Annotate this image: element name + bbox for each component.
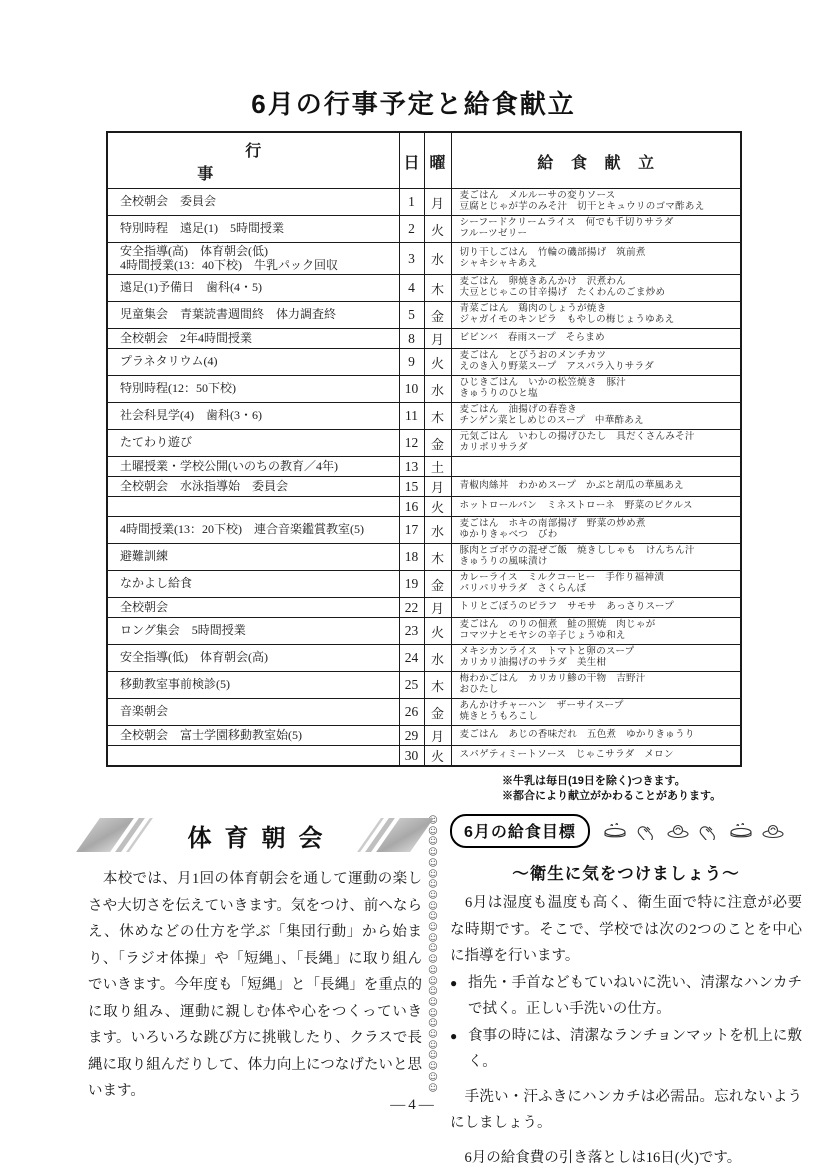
weekday-cell: 金 [424,699,451,726]
event-line: 音楽朝会 [120,705,395,719]
event-cell: 全校朝会 富士学園移動教室始(5) [107,726,399,746]
menu-line: ゆかりきゃべつ びわ [460,530,739,541]
lunch-goal-article: 6月の給食目標 ～衛生に気をつけましょう～ 6月は湿度も温度も高く、衛生面で特に… [444,814,802,1169]
menu-line: きゅうりの風味漬け [460,557,739,568]
roll-icon [635,822,659,840]
event-cell: 特別時程 遠足(1) 5時間授業 [107,216,399,243]
menu-cell: 元気ごはん いわしの揚げひたし 具だくさんみそ汁カリポリサラダ [451,430,741,457]
menu-line: 切り干しごはん 竹輪の磯部揚げ 筑前煮 [460,248,739,259]
menu-line: えのき入り野菜スープ アスパラ入りサラダ [460,362,739,373]
menu-line: ホットロールパン ミネストローネ 野菜のピクルス [460,501,739,512]
event-line: ロング集会 5時間授業 [120,624,395,638]
day-cell: 3 [399,243,424,275]
weekday-cell: 水 [424,645,451,672]
bullet-icon: ● [450,970,468,1023]
event-line: 4時間授業(13：40下校) 牛乳パック回収 [120,259,395,273]
lunch-goal-badge: 6月の給食目標 [450,814,590,848]
menu-line: シャキシャキあえ [460,259,739,270]
lunch-goal-subtitle: ～衛生に気をつけましょう～ [450,860,802,884]
event-cell: 遠足(1)予備日 歯科(4・5) [107,275,399,302]
menu-line: パリパリサラダ さくらんぼ [460,584,739,595]
weekday-cell: 木 [424,672,451,699]
menu-line: スパゲティミートソース じゃこサラダ メロン [460,750,739,761]
schedule-row: 全校朝会 2年4時間授業8月ビビンバ 春雨スープ そらまめ [107,329,741,349]
weekday-cell: 木 [424,403,451,430]
weekday-cell: 火 [424,746,451,767]
event-line: 安全指導(低) 体育朝会(高) [120,651,395,665]
weekday-cell: 木 [424,544,451,571]
event-cell: たてわり遊び [107,430,399,457]
event-cell: 土曜授業・学校公開(いのちの教育／4年) [107,457,399,477]
event-line: なかよし給食 [120,577,395,591]
menu-cell: 麦ごはん 油揚げの春巻きチンゲン菜としめじのスープ 中華酢あえ [451,403,741,430]
bullet-text: 食事の時には、清潔なランチョンマットを机上に敷く。 [468,1023,802,1076]
menu-line: ジャガイモのキンピラ もやしの梅じょうゆあえ [460,315,739,326]
schedule-row: 避難訓練18木豚肉とゴボウの混ぜご飯 焼きししゃも けんちん汁きゅうりの風味漬け [107,544,741,571]
day-cell: 5 [399,302,424,329]
menu-line: コマツナとモヤシの辛子じょうゆ和え [460,631,739,642]
menu-cell: メキシカンライス トマトと卵のスープカリカリ油揚げのサラダ 美生柑 [451,645,741,672]
weekday-cell: 木 [424,275,451,302]
menu-line: 梅わかごはん カリカリ鯵の干物 吉野汁 [460,674,739,685]
schedule-row: 移動教室事前検診(5)25木梅わかごはん カリカリ鯵の干物 吉野汁おひたし [107,672,741,699]
event-cell: プラネタリウム(4) [107,349,399,376]
menu-line: 大豆とじゃこの甘辛揚げ たくわんのごま炒め [460,288,739,299]
event-line: 全校朝会 委員会 [120,195,395,209]
menu-cell: 麦ごはん 卵焼きあんかけ 沢煮わん大豆とじゃこの甘辛揚げ たくわんのごま炒め [451,275,741,302]
bun-icon [666,823,690,839]
weekday-cell: 月 [424,329,451,349]
event-cell: 社会科見学(4) 歯科(3・6) [107,403,399,430]
weekday-cell: 月 [424,598,451,618]
bullet-icon: ● [450,1023,468,1076]
pie-icon [728,822,754,840]
diagonal-stripes-right-icon [369,817,422,853]
event-cell: 移動教室事前検診(5) [107,672,399,699]
weekday-cell: 水 [424,517,451,544]
event-line: 社会科見学(4) 歯科(3・6) [120,409,395,423]
weekday-cell: 金 [424,302,451,329]
day-cell: 15 [399,477,424,497]
menu-cell: 青椒肉絲丼 わかめスープ かぶと胡瓜の華風あえ [451,477,741,497]
diagonal-stripes-left-icon [88,817,141,853]
event-line: 遠足(1)予備日 歯科(4・5) [120,281,395,295]
menu-line: ビビンバ 春雨スープ そらまめ [460,333,739,344]
event-cell: 4時間授業(13：20下校) 連合音楽鑑賞教室(5) [107,517,399,544]
day-cell: 12 [399,430,424,457]
schedule-row: 16火ホットロールパン ミネストローネ 野菜のピクルス [107,497,741,517]
menu-line: フルーツゼリー [460,229,739,240]
weekday-cell: 水 [424,243,451,275]
pe-article: 体育朝会 本校では、月1回の体育朝会を通して運動の楽しさや大切さを伝えていきます… [88,814,422,1169]
schedule-row: 全校朝会22月トリとごぼうのピラフ サモサ あっさりスープ [107,598,741,618]
weekday-cell: 火 [424,216,451,243]
menu-line: 麦ごはん 油揚げの春巻き [460,405,739,416]
menu-line: 元気ごはん いわしの揚げひたし 具だくさんみそ汁 [460,432,739,443]
menu-cell: あんかけチャーハン ザーサイスープ焼きとうもろこし [451,699,741,726]
menu-cell: 麦ごはん メルルーサの変りソース豆腐とじゃが芋のみそ汁 切干とキュウリのゴマ酢あ… [451,189,741,216]
roll-icon [697,822,721,840]
day-cell: 22 [399,598,424,618]
event-line: 特別時程(12：50下校) [120,382,395,396]
lunch-goal-payment-note: 6月の給食費の引き落としは16日(火)です。 [450,1145,802,1169]
schedule-row: 全校朝会 富士学園移動教室始(5)29月麦ごはん あじの香味だれ 五色煮 ゆかり… [107,726,741,746]
menu-cell: 麦ごはん のりの佃煮 鮭の照焼 肉じゃがコマツナとモヤシの辛子じょうゆ和え [451,618,741,645]
header-weekday: 曜 [424,132,451,189]
schedule-row: 土曜授業・学校公開(いのちの教育／4年)13土 [107,457,741,477]
day-cell: 13 [399,457,424,477]
day-cell: 17 [399,517,424,544]
day-cell: 4 [399,275,424,302]
weekday-cell: 火 [424,497,451,517]
day-cell: 16 [399,497,424,517]
pie-icon [602,822,628,840]
menu-line: 青椒肉絲丼 わかめスープ かぶと胡瓜の華風あえ [460,481,739,492]
menu-line: 麦ごはん ホキの南部揚げ 野菜の炒め煮 [460,519,739,530]
page-title: 6月の行事予定と給食献立 [0,84,827,121]
day-cell: 19 [399,571,424,598]
event-line: 特別時程 遠足(1) 5時間授業 [120,222,395,236]
day-cell: 26 [399,699,424,726]
schedule-row: 音楽朝会26金あんかけチャーハン ザーサイスープ焼きとうもろこし [107,699,741,726]
day-cell: 10 [399,376,424,403]
event-cell: なかよし給食 [107,571,399,598]
menu-line: シーフードクリームライス 何でも千切りサラダ [460,218,739,229]
menu-cell: 麦ごはん ホキの南部揚げ 野菜の炒め煮ゆかりきゃべつ びわ [451,517,741,544]
menu-line: 豆腐とじゃが芋のみそ汁 切干とキュウリのゴマ酢あえ [460,202,739,213]
event-cell [107,497,399,517]
menu-notes: ※牛乳は毎日(19日を除く)つきます。 ※都合により献立がかわることがあります。 [106,774,740,804]
newsletter-page: 6月の行事予定と給食献立 行事 日 曜 給食献立 全校朝会 委員会1月麦ごはん … [0,0,827,1169]
schedule-row: 全校朝会 水泳指導始 委員会15月青椒肉絲丼 わかめスープ かぶと胡瓜の華風あえ [107,477,741,497]
note-line: ※都合により献立がかわることがあります。 [502,789,740,804]
event-cell: 全校朝会 水泳指導始 委員会 [107,477,399,497]
menu-cell: シーフードクリームライス 何でも千切りサラダフルーツゼリー [451,216,741,243]
event-line: 全校朝会 水泳指導始 委員会 [120,480,395,494]
schedule-row: なかよし給食19金カレーライス ミルクコーヒー 手作り福神漬パリパリサラダ さく… [107,571,741,598]
menu-cell: 青菜ごはん 鶏肉のしょうが焼きジャガイモのキンピラ もやしの梅じょうゆあえ [451,302,741,329]
event-cell: 児童集会 青葉読書週間終 体力調査終 [107,302,399,329]
menu-line: おひたし [460,685,739,696]
lunch-goal-bullet: ● 指先・手首などもていねいに洗い、清潔なハンカチで拭く。正しい手洗いの仕方。 [450,970,802,1023]
weekday-cell: 土 [424,457,451,477]
event-line: 4時間授業(13：20下校) 連合音楽鑑賞教室(5) [120,523,395,537]
menu-line: 麦ごはん あじの香味だれ 五色煮 ゆかりきゅうり [460,730,739,741]
menu-cell: 切り干しごはん 竹輪の磯部揚げ 筑前煮シャキシャキあえ [451,243,741,275]
menu-line: 麦ごはん のりの佃煮 鮭の照焼 肉じゃが [460,620,739,631]
weekday-cell: 月 [424,477,451,497]
event-line: 土曜授業・学校公開(いのちの教育／4年) [120,460,395,474]
event-line: 児童集会 青葉読書週間終 体力調査終 [120,308,395,322]
note-line: ※牛乳は毎日(19日を除く)つきます。 [502,774,740,789]
event-line: プラネタリウム(4) [120,355,395,369]
schedule-row: 遠足(1)予備日 歯科(4・5)4木麦ごはん 卵焼きあんかけ 沢煮わん大豆とじゃ… [107,275,741,302]
schedule-area: 行事 日 曜 給食献立 全校朝会 委員会1月麦ごはん メルルーサの変りソース豆腐… [106,131,740,804]
table-header-row: 行事 日 曜 給食献立 [107,132,741,189]
menu-cell: 麦ごはん あじの香味だれ 五色煮 ゆかりきゅうり [451,726,741,746]
weekday-cell: 月 [424,726,451,746]
lunch-goal-bullet: ● 食事の時には、清潔なランチョンマットを机上に敷く。 [450,1023,802,1076]
bullet-text: 指先・手首などもていねいに洗い、清潔なハンカチで拭く。正しい手洗いの仕方。 [468,970,802,1023]
menu-cell [451,457,741,477]
menu-cell: トリとごぼうのピラフ サモサ あっさりスープ [451,598,741,618]
weekday-cell: 火 [424,349,451,376]
event-line: 移動教室事前検診(5) [120,678,395,692]
menu-line: あんかけチャーハン ザーサイスープ [460,701,739,712]
weekday-cell: 月 [424,189,451,216]
schedule-row: 特別時程(12：50下校)10水ひじきごはん いかの松笠焼き 豚汁きゅうりのひと… [107,376,741,403]
menu-line: メキシカンライス トマトと卵のスープ [460,647,739,658]
menu-cell: ホットロールパン ミネストローネ 野菜のピクルス [451,497,741,517]
event-line: 全校朝会 2年4時間授業 [120,332,395,346]
day-cell: 25 [399,672,424,699]
event-line: 安全指導(高) 体育朝会(低) [120,245,395,259]
menu-line: カリポリサラダ [460,443,739,454]
event-cell: 音楽朝会 [107,699,399,726]
event-cell: 安全指導(高) 体育朝会(低)4時間授業(13：40下校) 牛乳パック回収 [107,243,399,275]
day-cell: 18 [399,544,424,571]
event-line: たてわり遊び [120,436,395,450]
weekday-cell: 金 [424,430,451,457]
event-cell: 全校朝会 委員会 [107,189,399,216]
schedule-row: プラネタリウム(4)9火麦ごはん とびうおのメンチカツえのき入り野菜スープ アス… [107,349,741,376]
header-menu: 給食献立 [451,132,741,189]
smiley-face-border-icon: ☺ ☺ ☺ ☺ ☺ ☺ ☺ ☺ ☺ ☺ ☺ ☺ ☺ ☺ ☺ ☺ ☺ ☺ ☺ ☺ … [422,814,444,1169]
schedule-row: 安全指導(高) 体育朝会(低)4時間授業(13：40下校) 牛乳パック回収3水切… [107,243,741,275]
lunch-goal-intro: 6月は湿度も温度も高く、衛生面で特に注意が必要な時期です。そこで、学校では次の2… [450,890,802,970]
event-cell: 避難訓練 [107,544,399,571]
articles-section: 体育朝会 本校では、月1回の体育朝会を通して運動の楽しさや大切さを伝えていきます… [88,814,802,1169]
menu-cell: カレーライス ミルクコーヒー 手作り福神漬パリパリサラダ さくらんぼ [451,571,741,598]
day-cell: 29 [399,726,424,746]
day-cell: 9 [399,349,424,376]
menu-line: 麦ごはん とびうおのメンチカツ [460,351,739,362]
weekday-cell: 火 [424,618,451,645]
menu-line: きゅうりのひと塩 [460,389,739,400]
menu-line: チンゲン菜としめじのスープ 中華酢あえ [460,416,739,427]
pe-article-body: 本校では、月1回の体育朝会を通して運動の楽しさや大切さを伝えていきます。気をつけ… [88,866,422,1105]
schedule-row: 特別時程 遠足(1) 5時間授業2火シーフードクリームライス 何でも千切りサラダ… [107,216,741,243]
pe-article-header: 体育朝会 [88,814,422,856]
menu-line: カリカリ油揚げのサラダ 美生柑 [460,658,739,669]
menu-cell: ひじきごはん いかの松笠焼き 豚汁きゅうりのひと塩 [451,376,741,403]
event-line: 避難訓練 [120,550,395,564]
pe-article-title: 体育朝会 [175,818,336,853]
event-cell: 安全指導(低) 体育朝会(高) [107,645,399,672]
day-cell: 11 [399,403,424,430]
menu-cell: 麦ごはん とびうおのメンチカツえのき入り野菜スープ アスパラ入りサラダ [451,349,741,376]
lunch-goal-header: 6月の給食目標 [450,814,802,848]
menu-line: 麦ごはん メルルーサの変りソース [460,191,739,202]
food-doodle-icons [602,822,785,840]
event-cell: 特別時程(12：50下校) [107,376,399,403]
menu-cell: 梅わかごはん カリカリ鯵の干物 吉野汁おひたし [451,672,741,699]
menu-line: 焼きとうもろこし [460,712,739,723]
event-cell: ロング集会 5時間授業 [107,618,399,645]
day-cell: 2 [399,216,424,243]
event-cell: 全校朝会 2年4時間授業 [107,329,399,349]
event-line: 全校朝会 [120,601,395,615]
schedule-row: 社会科見学(4) 歯科(3・6)11木麦ごはん 油揚げの春巻きチンゲン菜としめじ… [107,403,741,430]
schedule-row: 安全指導(低) 体育朝会(高)24水メキシカンライス トマトと卵のスープカリカリ… [107,645,741,672]
weekday-cell: 金 [424,571,451,598]
schedule-row: 30火スパゲティミートソース じゃこサラダ メロン [107,746,741,767]
bun-icon [761,823,785,839]
menu-line: トリとごぼうのピラフ サモサ あっさりスープ [460,602,739,613]
event-line: 全校朝会 富士学園移動教室始(5) [120,729,395,743]
schedule-row: 児童集会 青葉読書週間終 体力調査終5金青菜ごはん 鶏肉のしょうが焼きジャガイモ… [107,302,741,329]
event-cell [107,746,399,767]
menu-cell: 豚肉とゴボウの混ぜご飯 焼きししゃも けんちん汁きゅうりの風味漬け [451,544,741,571]
schedule-row: ロング集会 5時間授業23火麦ごはん のりの佃煮 鮭の照焼 肉じゃがコマツナとモ… [107,618,741,645]
day-cell: 23 [399,618,424,645]
day-cell: 30 [399,746,424,767]
schedule-row: 全校朝会 委員会1月麦ごはん メルルーサの変りソース豆腐とじゃが芋のみそ汁 切干… [107,189,741,216]
day-cell: 1 [399,189,424,216]
menu-line: 麦ごはん 卵焼きあんかけ 沢煮わん [460,277,739,288]
menu-line: カレーライス ミルクコーヒー 手作り福神漬 [460,573,739,584]
schedule-row: 4時間授業(13：20下校) 連合音楽鑑賞教室(5)17水麦ごはん ホキの南部揚… [107,517,741,544]
menu-line: 豚肉とゴボウの混ぜご飯 焼きししゃも けんちん汁 [460,546,739,557]
menu-line: ひじきごはん いかの松笠焼き 豚汁 [460,378,739,389]
day-cell: 24 [399,645,424,672]
menu-cell: ビビンバ 春雨スープ そらまめ [451,329,741,349]
schedule-table: 行事 日 曜 給食献立 全校朝会 委員会1月麦ごはん メルルーサの変りソース豆腐… [106,131,742,767]
header-event: 行事 [107,132,399,189]
header-day: 日 [399,132,424,189]
menu-cell: スパゲティミートソース じゃこサラダ メロン [451,746,741,767]
event-cell: 全校朝会 [107,598,399,618]
menu-line: 青菜ごはん 鶏肉のしょうが焼き [460,304,739,315]
day-cell: 8 [399,329,424,349]
page-number: —4— [0,1097,827,1114]
weekday-cell: 水 [424,376,451,403]
schedule-row: たてわり遊び12金元気ごはん いわしの揚げひたし 具だくさんみそ汁カリポリサラダ [107,430,741,457]
